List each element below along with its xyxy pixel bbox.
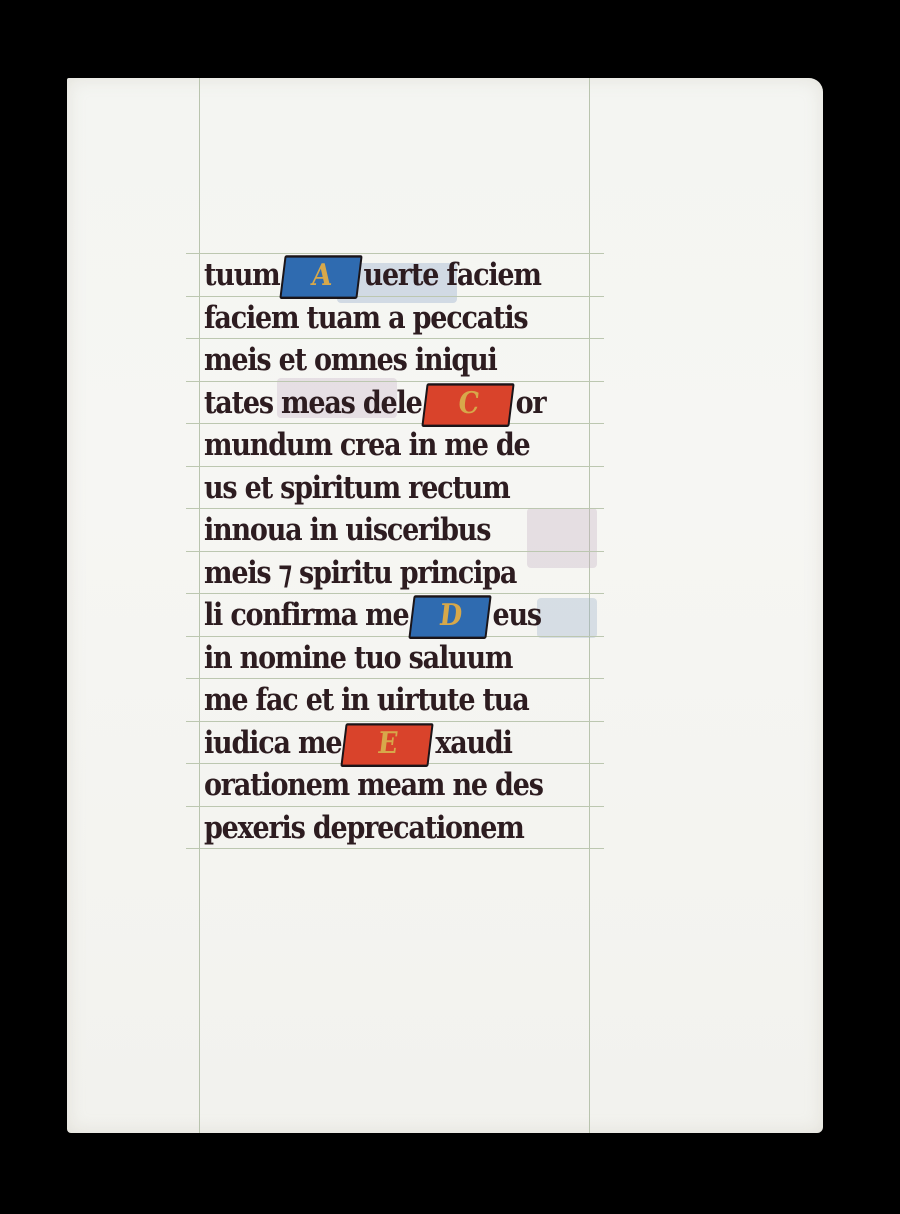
line-text: innoua in uisceribus xyxy=(204,513,490,549)
text-line: tuumAuerte faciem xyxy=(204,252,604,301)
illuminated-initial-d: D xyxy=(408,595,491,639)
line-text: mundum crea in me de xyxy=(204,428,530,464)
line-text: orationem meam ne des xyxy=(204,768,543,804)
left-ruling-line xyxy=(199,78,200,1133)
line-text: li confirma me xyxy=(204,598,409,634)
line-text: faciem tuam a peccatis xyxy=(204,300,527,336)
line-text: iudica me xyxy=(204,725,341,761)
text-line: mundum crea in me de xyxy=(204,422,604,471)
line-text: tates meas dele xyxy=(204,385,422,421)
line-text: pexeris deprecationem xyxy=(204,810,524,846)
line-text: in nomine tuo saluum xyxy=(204,640,512,676)
illuminated-initial-e: E xyxy=(341,722,434,766)
text-column: tuumAuerte faciemfaciem tuam a peccatism… xyxy=(204,255,604,850)
text-line: orationem meam ne des xyxy=(204,762,604,811)
line-text-after-initial: xaudi xyxy=(435,725,511,761)
line-text: meis et omnes iniqui xyxy=(204,343,497,379)
text-line: innoua in uisceribus xyxy=(204,507,604,556)
line-text: us et spiritum rectum xyxy=(204,470,509,506)
line-text: tuum xyxy=(204,258,280,294)
illuminated-initial-c: C xyxy=(421,382,514,426)
line-text: meis ⁊ spiritu principa xyxy=(204,555,516,591)
text-line: pexeris deprecationem xyxy=(204,804,604,853)
line-text-after-initial: or xyxy=(516,385,546,421)
line-text: me fac et in uirtute tua xyxy=(204,683,529,719)
illuminated-initial-a: A xyxy=(279,255,362,299)
line-text-after-initial: eus xyxy=(493,598,541,634)
text-line: meis et omnes iniqui xyxy=(204,337,604,386)
text-line: me fac et in uirtute tua xyxy=(204,677,604,726)
text-line: li confirma meDeus xyxy=(204,592,604,641)
line-text-after-initial: uerte faciem xyxy=(364,258,541,294)
